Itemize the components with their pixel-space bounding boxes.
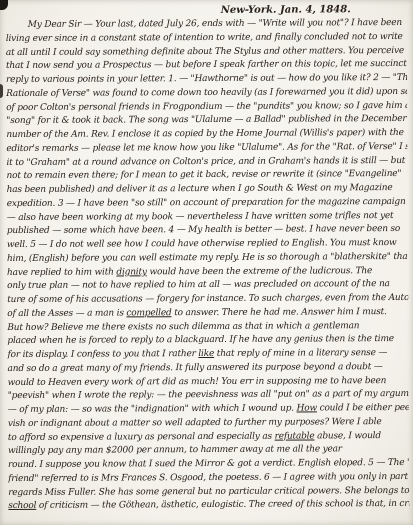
scan-artifact-left-edge — [0, 84, 3, 98]
letter-line: friend" referred to is Mrs Frances S. Os… — [8, 471, 409, 487]
letter-line: school of criticism — the Göthean, ästhe… — [8, 498, 409, 514]
letter-content: New-York. Jan. 4, 1848. My Dear Sir — Yo… — [6, 2, 410, 525]
letter-line: editor's remarks — please let me know ho… — [6, 141, 407, 157]
letter-scan-page: New-York. Jan. 4, 1848. My Dear Sir — Yo… — [0, 0, 413, 525]
letter-line: and so do a great many of my friends. It… — [8, 361, 409, 377]
underlined-word: How — [297, 403, 317, 413]
underlined-word: school — [8, 501, 36, 511]
letter-line: Rationale of Verse" was found to come do… — [6, 86, 407, 102]
underlined-word: refutable — [275, 431, 315, 441]
letter-body: My Dear Sir — Your last, dated July 26, … — [6, 17, 410, 514]
underlined-word: dignity — [116, 267, 146, 277]
underlined-word: like — [198, 349, 214, 359]
letter-line: him, (English) before you can well estim… — [7, 251, 408, 267]
letter-line: living ever since in a constant state of… — [6, 31, 407, 47]
letter-line: vish or indignant about a matter so well… — [8, 416, 409, 432]
letter-line: to afford so expensive a luxury as perso… — [8, 429, 409, 445]
underlined-word: compelled — [126, 308, 171, 318]
letter-line: of all the Asses — a man is compelled to… — [7, 306, 408, 322]
letter-line: expedition. 3 — I have been "so still" o… — [7, 196, 408, 212]
